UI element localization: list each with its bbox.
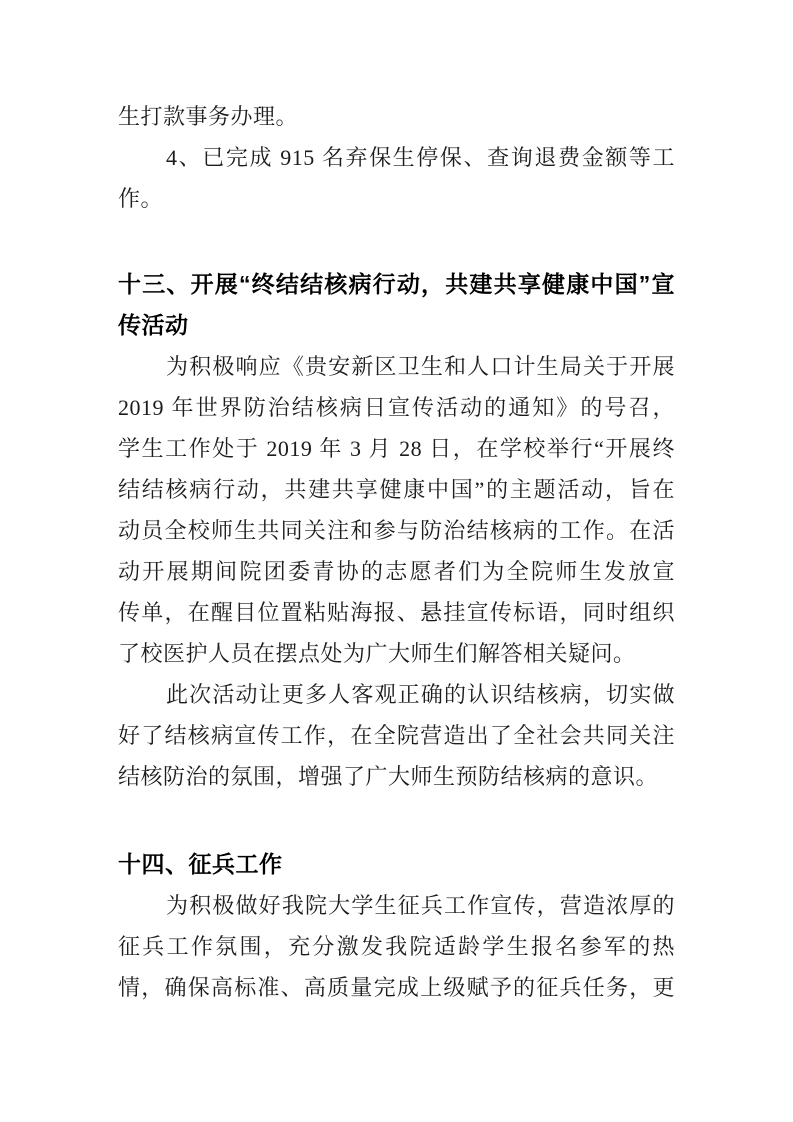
text-line: 了校医护人员在摆点处为广大师生们解答相关疑问。 bbox=[118, 633, 675, 674]
document-page: 生打款事务办理。 4、已完成 915 名弃保生停保、查询退费金额等工 作。 十三… bbox=[0, 0, 793, 1122]
text-line: 2019 年世界防治结核病日宣传活动的通知》的号召， bbox=[118, 387, 675, 428]
text-line: 此次活动让更多人客观正确的认识结核病，切实做 bbox=[118, 674, 675, 715]
text-line: 征兵工作氛围，充分激发我院适龄学生报名参军的热 bbox=[118, 926, 675, 967]
section-13-paragraph-2: 此次活动让更多人客观正确的认识结核病，切实做 好了结核病宣传工作，在全院营造出了… bbox=[118, 674, 675, 797]
text-line: 为积极响应《贵安新区卫生和人口计生局关于开展 bbox=[118, 346, 675, 387]
text-line: 传单，在醒目位置粘贴海报、悬挂宣传标语，同时组织 bbox=[118, 592, 675, 633]
page-text-content: 生打款事务办理。 4、已完成 915 名弃保生停保、查询退费金额等工 作。 十三… bbox=[118, 96, 675, 1008]
section-13-heading: 十三、开展“终结结核病行动，共建共享健康中国”宣 传活动 bbox=[118, 264, 675, 346]
text-line: 结核防治的氛围，增强了广大师生预防结核病的意识。 bbox=[118, 756, 675, 797]
text-line: 动员全校师生共同关注和参与防治结核病的工作。在活 bbox=[118, 510, 675, 551]
text-line: 4、已完成 915 名弃保生停保、查询退费金额等工 bbox=[118, 137, 675, 178]
text-line: 结结核病行动，共建共享健康中国”的主题活动，旨在 bbox=[118, 469, 675, 510]
section-14-heading: 十四、征兵工作 bbox=[118, 844, 675, 885]
section-13-paragraph-1: 为积极响应《贵安新区卫生和人口计生局关于开展 2019 年世界防治结核病日宣传活… bbox=[118, 346, 675, 674]
text-line: 为积极做好我院大学生征兵工作宣传，营造浓厚的 bbox=[118, 885, 675, 926]
text-line: 情，确保高标准、高质量完成上级赋予的征兵任务，更 bbox=[118, 967, 675, 1008]
section-14-paragraph: 为积极做好我院大学生征兵工作宣传，营造浓厚的 征兵工作氛围，充分激发我院适龄学生… bbox=[118, 885, 675, 1008]
heading-line: 传活动 bbox=[118, 305, 675, 346]
text-line: 好了结核病宣传工作，在全院营造出了全社会共同关注 bbox=[118, 715, 675, 756]
heading-line: 十四、征兵工作 bbox=[118, 844, 675, 885]
text-line: 学生工作处于 2019 年 3 月 28 日，在学校举行“开展终 bbox=[118, 428, 675, 469]
paragraph-continuation: 生打款事务办理。 4、已完成 915 名弃保生停保、查询退费金额等工 作。 bbox=[118, 96, 675, 219]
text-line: 作。 bbox=[118, 178, 675, 219]
text-line: 生打款事务办理。 bbox=[118, 96, 675, 137]
text-line: 动开展期间院团委青协的志愿者们为全院师生发放宣 bbox=[118, 551, 675, 592]
heading-line: 十三、开展“终结结核病行动，共建共享健康中国”宣 bbox=[118, 264, 675, 305]
